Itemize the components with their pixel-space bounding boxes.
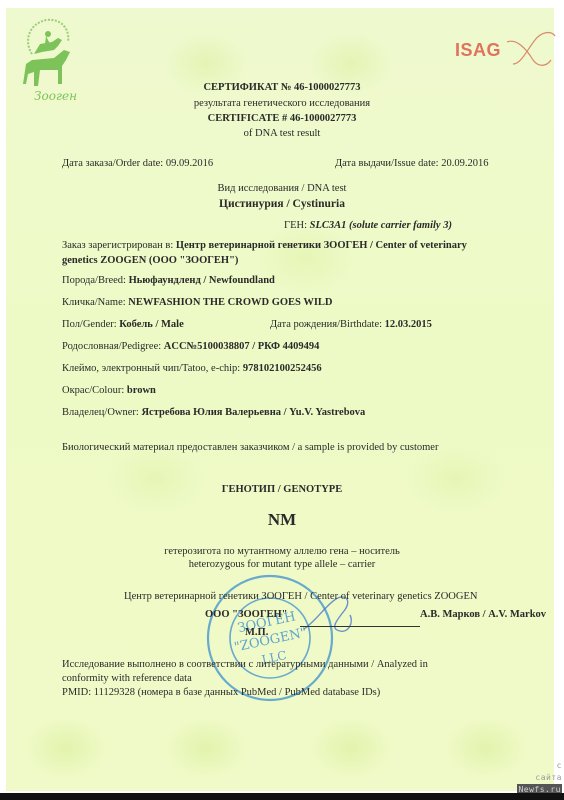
dna-test-name: Цистинурия / Cystinuria (0, 198, 564, 210)
order-date-label: Дата заказа/Order date: (62, 158, 163, 169)
breed-value: Ньюфаундленд / Newfoundland (129, 275, 275, 286)
dna-test-label: Вид исследования / DNA test (0, 183, 564, 194)
birthdate-label: Дата рождения/Birthdate: (270, 319, 382, 330)
certificate-subtitle-en: of DNA test result (0, 128, 564, 139)
certificate-subtitle-ru: результата генетического исследования (0, 98, 564, 109)
signoff-org: ООО "ЗООГЕН" (205, 609, 288, 620)
genotype-description-ru: гетерозигота по мутантному аллелю гена –… (0, 546, 564, 557)
certificate-title-en: CERTIFICATE # 46-1000027773 (0, 113, 564, 124)
owner-value: Ястребова Юлия Валерьевна / Yu.V. Yastre… (141, 407, 365, 418)
order-date: Дата заказа/Order date: 09.09.2016 (62, 158, 213, 169)
gender-label: Пол/Gender: (62, 319, 117, 330)
issue-date-label: Дата выдачи/Issue date: (335, 158, 439, 169)
signoff-center: Центр ветеринарной генетики ЗООГЕН / Cen… (124, 591, 477, 602)
genotype-heading: ГЕНОТИП / GENOTYPE (0, 484, 564, 495)
analysis-note-line1: Исследование выполнено в соответствии с … (62, 659, 428, 670)
registration-value: Центр ветеринарной генетики ЗООГЕН / Cen… (176, 240, 467, 251)
registration-label: Заказ зарегистрирован в: (62, 240, 173, 251)
birthdate-value: 12.03.2015 (385, 319, 432, 330)
genotype-value: NM (0, 510, 564, 530)
order-date-value: 09.09.2016 (166, 158, 213, 169)
issue-date: Дата выдачи/Issue date: 20.09.2016 (335, 158, 488, 169)
analysis-note-line2: conformity with reference data (62, 673, 192, 684)
gene: ГЕН: SLC3A1 (solute carrier family 3) (284, 220, 452, 231)
chip-value: 978102100252456 (243, 363, 322, 374)
pedigree-row: Родословная/Pedigree: ACC№5100038807 / Р… (62, 341, 319, 352)
site-watermark: с сайта Newfs.ru (517, 760, 562, 796)
watermark-line1: с (517, 760, 562, 772)
pedigree-label: Родословная/Pedigree: (62, 341, 161, 352)
name-row: Кличка/Name: NEWFASHION THE CROWD GOES W… (62, 297, 333, 308)
genotype-description-en: heterozygous for mutant type allele – ca… (0, 559, 564, 570)
issue-date-value: 20.09.2016 (441, 158, 488, 169)
owner-label: Владелец/Owner: (62, 407, 139, 418)
colour-row: Окрас/Colour: brown (62, 385, 156, 396)
name-value: NEWFASHION THE CROWD GOES WILD (128, 297, 332, 308)
pedigree-value: ACC№5100038807 / РКФ 4409494 (164, 341, 320, 352)
seal-mark: М.П. (245, 627, 268, 638)
pmid-reference: PMID: 11129328 (номера в базе данных Pub… (62, 687, 380, 698)
gender-value: Кобель / Male (119, 319, 183, 330)
sample-note: Биологический материал предоставлен зака… (62, 442, 438, 453)
birthdate-row: Дата рождения/Birthdate: 12.03.2015 (270, 319, 432, 330)
watermark-line2: сайта (517, 772, 562, 784)
colour-label: Окрас/Colour: (62, 385, 124, 396)
signoff-signer: А.В. Марков / A.V. Markov (420, 609, 546, 620)
colour-value: brown (127, 385, 156, 396)
registration: Заказ зарегистрирован в: Центр ветеринар… (62, 240, 467, 251)
isag-logo-icon (455, 20, 560, 70)
certificate-title-ru: СЕРТИФИКАТ № 46-1000027773 (0, 82, 564, 93)
breed-row: Порода/Breed: Ньюфаундленд / Newfoundlan… (62, 275, 275, 286)
bottom-border (0, 793, 564, 800)
gene-value: SLC3A1 (solute carrier family 3) (310, 220, 452, 231)
owner-row: Владелец/Owner: Ястребова Юлия Валерьевн… (62, 407, 365, 418)
chip-row: Клеймо, электронный чип/Tatoo, e-chip: 9… (62, 363, 322, 374)
name-label: Кличка/Name: (62, 297, 126, 308)
gender-row: Пол/Gender: Кобель / Male (62, 319, 184, 330)
gene-label: ГЕН: (284, 220, 307, 231)
signature-line (300, 626, 420, 627)
breed-label: Порода/Breed: (62, 275, 126, 286)
chip-label: Клеймо, электронный чип/Tatoo, e-chip: (62, 363, 240, 374)
registration-value-line2: genetics ZOOGEN (ООО "ЗООГЕН") (62, 255, 238, 266)
